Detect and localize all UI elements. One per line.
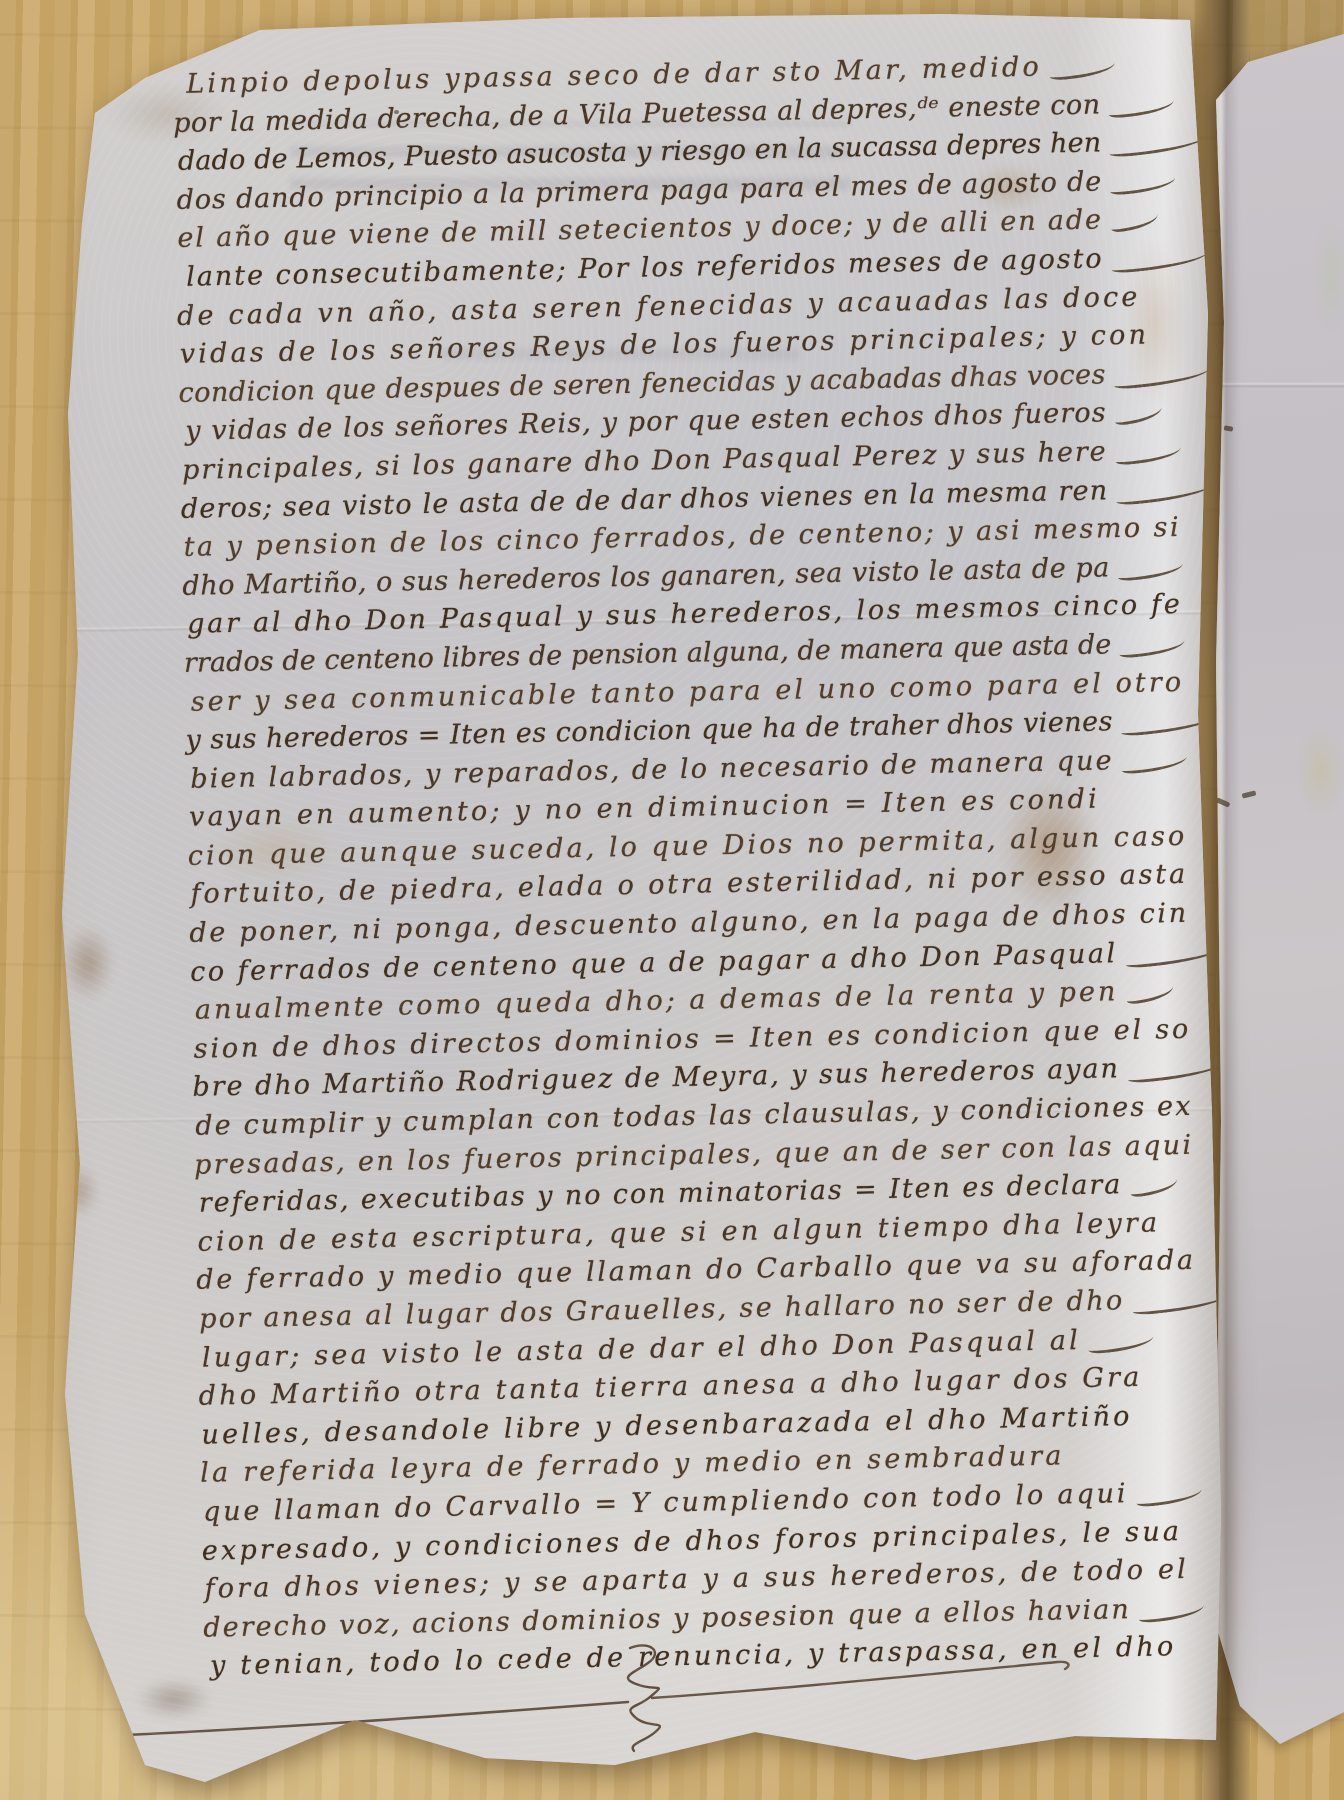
line-flourish-stroke <box>1114 443 1181 466</box>
ink-speck <box>350 1466 355 1470</box>
manuscript-line: que llaman do Carvallo = Y cumpliendo co… <box>203 1473 1210 1532</box>
manuscript-line: deros; sea visto le asta de de dar dhos … <box>181 470 1190 529</box>
stain <box>62 926 114 1000</box>
manuscript-line-text: de poner, ni ponga, descuento alguno, en… <box>189 898 1189 949</box>
manuscript-line: lante consecutibamente; Por los referido… <box>186 239 1185 298</box>
manuscript-line-text: bien labrados, y reparados, de lo necesa… <box>190 745 1114 795</box>
manuscript-line-text: el año que viene de mill setecientos y d… <box>177 205 1103 255</box>
line-flourish-stroke <box>1126 1058 1223 1084</box>
stain <box>136 1678 212 1720</box>
crease-line <box>40 1106 1236 1125</box>
closing-rule-and-rubric <box>40 14 1236 1792</box>
manuscript-line: y sus herederos = Iten es condicion que … <box>185 702 1194 761</box>
manuscript-line-text: vayan en aumento; y no en diminucion = I… <box>189 784 1100 833</box>
manuscript-line: fortuito, de piedra, elada o otra esteri… <box>190 856 1197 915</box>
line-flourish-stroke <box>1124 943 1221 969</box>
stain <box>56 1164 100 1218</box>
manuscript-line-text: deros; sea visto le asta de de dar dhos … <box>181 475 1109 525</box>
line-flourish-stroke <box>1120 752 1187 775</box>
manuscript-line-text: co ferrados de centeno que a de pagar a … <box>190 938 1118 988</box>
manuscript-line: cion de esta escriptura, que si en algun… <box>197 1203 1204 1262</box>
manuscript-line-text: uelles, desandole libre y desenbarazada … <box>201 1401 1133 1451</box>
manuscript-line: bre dho Martiño Rodriguez de Meyra, y su… <box>192 1049 1201 1108</box>
manuscript-line-text: ta y pension de los cinco ferrados, de c… <box>183 512 1181 563</box>
manuscript-line-text: de cumplir y cumplan con todas las claus… <box>195 1091 1193 1142</box>
manuscript-line-text: rrados de centeno libres de pension algu… <box>184 629 1112 679</box>
line-flourish-stroke <box>1115 480 1212 506</box>
manuscript-line: el año que viene de mill setecientos y d… <box>177 200 1184 259</box>
manuscript-page: Linpio depolus ypassa seco de dar sto Ma… <box>40 14 1236 1792</box>
line-flourish-stroke <box>1131 1290 1228 1316</box>
ink-speck <box>800 1610 805 1614</box>
manuscript-line: co ferrados de centeno que a de pagar a … <box>190 933 1199 992</box>
manuscript-line-text: referidas, executibas y no con minatoria… <box>199 1169 1123 1219</box>
manuscript-line: uelles, desandole libre y desenbarazada … <box>201 1396 1208 1455</box>
notary-rubric-flourish <box>628 1645 660 1751</box>
line-flourish-stroke <box>1116 559 1183 582</box>
manuscript-line-text: dado de Lemos, Puesto asucosta y riesgo … <box>178 128 1102 178</box>
stitch-mark <box>1242 790 1257 798</box>
line-flourish-stroke <box>1108 132 1205 158</box>
manuscript-line-text: lante consecutibamente; Por los referido… <box>186 243 1104 292</box>
manuscript-line: la referida leyra de ferrado y medio en … <box>200 1435 1209 1494</box>
manuscript-line-text: ser y sea conmunicable tanto para el uno… <box>190 666 1184 717</box>
manuscript-line: sion de dhos directos dominios = Iten es… <box>193 1010 1200 1069</box>
line-flourish-stroke <box>1119 711 1216 737</box>
manuscript-line: dho Martiño otra tanta tierra anesa a dh… <box>198 1358 1207 1417</box>
closing-rule-line <box>58 1702 628 1738</box>
manuscript-line-text: bre dho Martiño Rodriguez de Meyra, y su… <box>192 1054 1120 1104</box>
stain <box>1002 784 1098 912</box>
manuscript-line: vayan en aumento; y no en diminucion = I… <box>189 779 1196 838</box>
manuscript-line: bien labrados, y reparados, de lo necesa… <box>190 740 1195 799</box>
manuscript-line: gar al dho Don Pasqual y sus herederos, … <box>187 586 1192 645</box>
verso-ink-showthrough <box>290 122 850 210</box>
manuscript-line-text: Linpio depolus ypassa seco de dar sto Ma… <box>186 52 1042 100</box>
manuscript-line: dos dando principio a la primera paga pa… <box>176 162 1183 221</box>
manuscript-line-text: condicion que despues de seren fenecidas… <box>178 359 1106 409</box>
manuscript-line-text: presadas, en los fueros principales, que… <box>194 1129 1194 1180</box>
manuscript-line-text: por la medida derecha, de a Vila Puetess… <box>173 89 1101 139</box>
manuscript-line: rrados de centeno libres de pension algu… <box>184 625 1193 684</box>
manuscript-line: por anesa al lugar dos Grauelles, se hal… <box>199 1281 1206 1340</box>
manuscript-line-text: dos dando principio a la primera paga pa… <box>176 166 1102 216</box>
manuscript-line: vidas de los señores Reys de los fueros … <box>179 316 1186 375</box>
manuscript-line-text: principales, si los ganare dho Don Pasqu… <box>182 436 1108 486</box>
ink-speck <box>394 110 399 114</box>
line-flourish-stroke <box>1048 58 1115 81</box>
line-flourish-stroke <box>1128 1175 1178 1198</box>
line-flourish-stroke <box>1107 96 1174 119</box>
line-flourish-stroke <box>1112 364 1209 390</box>
manuscript-line: referidas, executibas y no con minatoria… <box>198 1165 1203 1224</box>
manuscript-line: dho Martiño, o sus herederos los ganaren… <box>182 547 1191 606</box>
manuscript-line-text: que llaman do Carvallo = Y cumpliendo co… <box>203 1478 1129 1528</box>
manuscript-line: fora dhos vienes; y se aparta y a sus he… <box>204 1551 1211 1610</box>
manuscript-line-text: expresado, y condiciones de dhos foros p… <box>201 1516 1182 1567</box>
manuscript-line-text: cion que aunque suceda, lo que Dios no p… <box>188 821 1188 872</box>
manuscript-line: por la medida derecha, de a Vila Puetess… <box>173 84 1182 143</box>
photo-scene: Linpio depolus ypassa seco de dar sto Ma… <box>0 0 1344 1800</box>
manuscript-line-text: cion de esta escriptura, que si en algun… <box>197 1207 1160 1257</box>
stain <box>1314 222 1344 332</box>
manuscript-line: condicion que despues de seren fenecidas… <box>178 354 1187 413</box>
line-flourish-stroke <box>1110 248 1207 274</box>
line-flourish-stroke <box>1135 1485 1202 1508</box>
manuscript-line: lugar; sea visto le asta de dar el dho D… <box>202 1319 1207 1378</box>
manuscript-line-text: derecho voz, acions dominios y posesion … <box>203 1594 1131 1644</box>
line-flourish-stroke <box>1113 403 1163 426</box>
manuscript-page-surface: Linpio depolus ypassa seco de dar sto Ma… <box>40 14 1236 1792</box>
manuscript-line-text: vidas de los señores Reys de los fueros … <box>179 320 1149 370</box>
verso-ink-showthrough <box>440 332 800 380</box>
manuscript-line-text: lugar; sea visto le asta de dar el dho D… <box>202 1325 1082 1374</box>
manuscript-line: principales, si los ganare dho Don Pasqu… <box>182 432 1189 491</box>
stain <box>1298 727 1344 817</box>
manuscript-line-text: fortuito, de piedra, elada o otra esteri… <box>190 859 1188 910</box>
stain <box>106 84 226 144</box>
line-flourish-stroke <box>1108 173 1175 196</box>
manuscript-line-text: dho Martiño otra tanta tierra anesa a dh… <box>198 1362 1142 1412</box>
line-flourish-stroke <box>1124 982 1174 1005</box>
manuscript-line-text: y sus herederos = Iten es condicion que … <box>185 706 1113 756</box>
manuscript-line: de cumplir y cumplan con todas las claus… <box>195 1088 1202 1147</box>
stain <box>210 818 340 882</box>
manuscript-line: y tenian, todo lo cede de renuncia, y tr… <box>210 1628 1213 1687</box>
manuscript-line: de poner, ni ponga, descuento alguno, en… <box>189 895 1198 954</box>
manuscript-line-text: fora dhos vienes; y se aparta y a sus he… <box>204 1554 1189 1605</box>
closing-rule-line <box>652 1662 1069 1698</box>
manuscript-line-text: gar al dho Don Pasqual y sus herederos, … <box>187 589 1183 640</box>
manuscript-line-text: por anesa al lugar dos Grauelles, se hal… <box>199 1285 1125 1335</box>
manuscript-line: ta y pension de los cinco ferrados, de c… <box>183 509 1190 568</box>
manuscript-line-text: y vidas de los señores Reis, y por que e… <box>185 398 1107 447</box>
manuscript-text: Linpio depolus ypassa seco de dar sto Ma… <box>172 46 1212 1687</box>
manuscript-line: presadas, en los fueros principales, que… <box>194 1126 1203 1185</box>
manuscript-line: de ferrado y medio que llaman do Carball… <box>196 1242 1205 1301</box>
manuscript-line-text: dho Martiño, o sus herederos los ganaren… <box>182 552 1110 602</box>
manuscript-line-text: de ferrado y medio que llaman do Carball… <box>196 1245 1196 1296</box>
manuscript-line-text: y tenian, todo lo cede de renuncia, y tr… <box>210 1632 1177 1682</box>
manuscript-line: expresado, y condiciones de dhos foros p… <box>201 1512 1210 1571</box>
line-flourish-stroke <box>1137 1601 1204 1624</box>
manuscript-line-text: sion de dhos directos dominios = Iten es… <box>193 1014 1191 1065</box>
line-flourish-stroke <box>1109 210 1159 233</box>
manuscript-line: ser y sea conmunicable tanto para el uno… <box>190 663 1193 722</box>
manuscript-line: anualmente como queda dho; a demas de la… <box>195 972 1200 1031</box>
manuscript-line: Linpio depolus ypassa seco de dar sto Ma… <box>186 46 1181 105</box>
manuscript-line-text: de cada vn año, asta seren fenecidas y a… <box>177 281 1141 331</box>
manuscript-line: y vidas de los señores Reis, y por que e… <box>185 393 1188 452</box>
manuscript-line-text: la referida leyra de ferrado y medio en … <box>200 1441 1065 1489</box>
crease-line <box>40 609 1236 634</box>
stain <box>970 164 1050 212</box>
line-flourish-stroke <box>1118 636 1185 659</box>
manuscript-line-text: anualmente como queda dho; a demas de la… <box>195 976 1119 1026</box>
manuscript-line: derecho voz, acions dominios y posesion … <box>203 1589 1212 1648</box>
stain <box>1124 240 1186 410</box>
manuscript-line: dado de Lemos, Puesto asucosta y riesgo … <box>178 123 1183 182</box>
line-flourish-stroke <box>1087 1331 1154 1354</box>
manuscript-line: cion que aunque suceda, lo que Dios no p… <box>187 817 1196 876</box>
manuscript-line: de cada vn año, asta seren fenecidas y a… <box>177 277 1186 336</box>
